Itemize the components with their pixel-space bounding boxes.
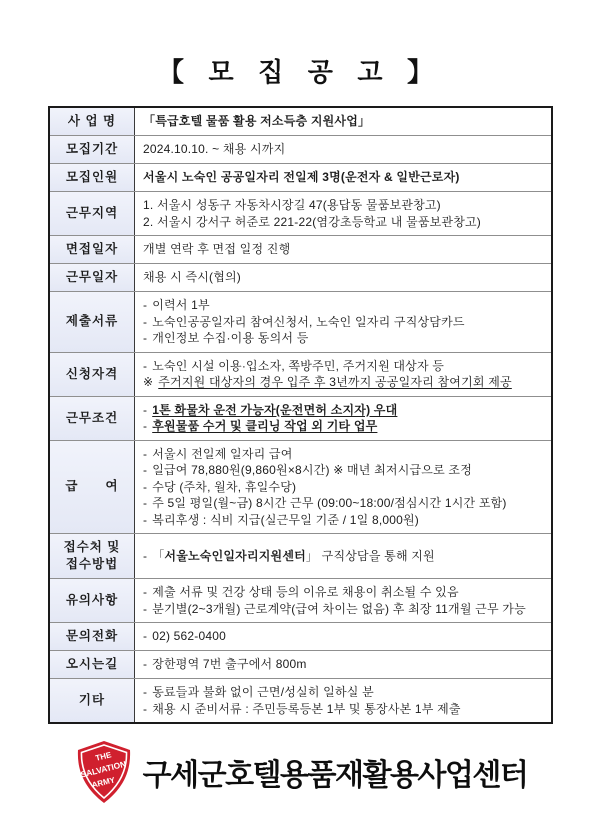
text-segment: 장한평역 7번 출구에서 800m — [152, 657, 306, 671]
list-marker: - — [143, 656, 147, 673]
row-content: 「특급호텔 물품 활용 저소득층 지원사업」 — [135, 108, 551, 135]
content-line: 서울시 노숙인 공공일자리 전일제 3명(운전자 & 일반근로자) — [143, 169, 543, 186]
salvation-army-shield-icon: THE SALVATION ARMY — [73, 739, 135, 805]
row-label: 급 여 — [50, 441, 135, 534]
row-content: -이력서 1부-노숙인공공일자리 참여신청서, 노숙인 일자리 구직상담카드-개… — [135, 292, 551, 352]
text-segment: 1톤 화물차 운전 가능자(운전면허 소지자) 우대 — [152, 403, 397, 417]
content-line: -분기별(2~3개월) 근로계약(급여 차이는 없음) 후 최장 11개월 근무… — [143, 601, 543, 618]
table-row: 근무조건-1톤 화물차 운전 가능자(운전면허 소지자) 우대-후원물품 수거 … — [50, 397, 551, 441]
text-segment: 채용 시 즉시(협의) — [143, 270, 241, 284]
text-segment: 주 5일 평일(월~금) 8시간 근무 (09:00~18:00/점심시간 1시… — [152, 496, 506, 510]
text-segment: 2. 서울시 강서구 허준로 221-22(염강초등학교 내 물품보관창고) — [143, 215, 481, 229]
list-marker: - — [143, 548, 147, 565]
row-content: -제출 서류 및 건강 상태 등의 이유로 채용이 취소될 수 있음-분기별(2… — [135, 579, 551, 622]
content-line: ※주거지원 대상자의 경우 입주 후 3년까지 공공일자리 참여기회 제공 — [143, 374, 543, 391]
list-marker: - — [143, 684, 147, 701]
content-line: 2. 서울시 강서구 허준로 221-22(염강초등학교 내 물품보관창고) — [143, 214, 543, 231]
content-line: 1. 서울시 성동구 자동차시장길 47(용답동 물품보관창고) — [143, 197, 543, 214]
row-label: 근무일자 — [50, 264, 135, 291]
content-line: -수당 (주차, 월차, 휴일수당) — [143, 479, 543, 496]
list-marker: - — [143, 628, 147, 645]
list-marker: - — [143, 495, 147, 512]
list-marker: - — [143, 512, 147, 529]
text-segment: 제출 서류 및 건강 상태 등의 이유로 채용이 취소될 수 있음 — [152, 585, 459, 599]
row-label: 모집기간 — [50, 136, 135, 163]
list-marker: - — [143, 330, 147, 347]
list-marker: - — [143, 584, 147, 601]
text-segment: 「특급호텔 물품 활용 저소득층 지원사업」 — [143, 114, 370, 128]
table-row: 사 업 명「특급호텔 물품 활용 저소득층 지원사업」 — [50, 108, 551, 136]
content-line: -서울시 전일제 일자리 급여 — [143, 446, 543, 463]
org-name: 구세군호텔용품재활용사업센터 — [143, 750, 528, 794]
row-label: 기타 — [50, 679, 135, 722]
content-line: -일급여 78,880원(9,860원×8시간) ※ 매년 최저시급으로 조정 — [143, 462, 543, 479]
content-line: -채용 시 준비서류 : 주민등록등본 1부 및 통장사본 1부 제출 — [143, 701, 543, 718]
row-label: 접수처 및접수방법 — [50, 534, 135, 578]
content-line: -노숙인공공일자리 참여신청서, 노숙인 일자리 구직상담카드 — [143, 314, 543, 331]
row-label: 모집인원 — [50, 164, 135, 191]
row-label: 문의전화 — [50, 623, 135, 650]
list-marker: - — [143, 418, 147, 435]
content-line: 2024.10.10. ~ 채용 시까지 — [143, 141, 543, 158]
text-segment: 이력서 1부 — [152, 298, 210, 312]
row-content: -1톤 화물차 운전 가능자(운전면허 소지자) 우대-후원물품 수거 및 클리… — [135, 397, 551, 440]
table-row: 오시는길-장한평역 7번 출구에서 800m — [50, 651, 551, 679]
footer-logo: THE SALVATION ARMY 구세군호텔용품재활용사업센터 — [0, 736, 600, 808]
page-title: 【 모 집 공 고 】 — [0, 52, 600, 89]
text-segment: 서울시 노숙인 공공일자리 전일제 3명(운전자 & 일반근로자) — [143, 170, 460, 184]
text-segment: 일급여 78,880원(9,860원×8시간) ※ 매년 최저시급으로 조정 — [152, 463, 472, 477]
row-content: 채용 시 즉시(협의) — [135, 264, 551, 291]
row-label: 오시는길 — [50, 651, 135, 678]
text-segment: 수당 (주차, 월차, 휴일수당) — [152, 480, 296, 494]
table-row: 문의전화-02) 562-0400 — [50, 623, 551, 651]
list-marker: - — [143, 358, 147, 375]
list-marker: - — [143, 297, 147, 314]
notice-table: 사 업 명「특급호텔 물품 활용 저소득층 지원사업」모집기간2024.10.1… — [48, 106, 553, 724]
table-row: 모집인원서울시 노숙인 공공일자리 전일제 3명(운전자 & 일반근로자) — [50, 164, 551, 192]
content-line: -복리후생 : 식비 지급(실근무일 기준 / 1일 8,000원) — [143, 512, 543, 529]
row-label: 면접일자 — [50, 236, 135, 263]
table-row: 급 여-서울시 전일제 일자리 급여-일급여 78,880원(9,860원×8시… — [50, 441, 551, 535]
content-line: 개별 연락 후 면접 일정 진행 — [143, 241, 543, 258]
notice-page: 【 모 집 공 고 】 사 업 명「특급호텔 물품 활용 저소득층 지원사업」모… — [0, 0, 600, 814]
table-row: 면접일자개별 연락 후 면접 일정 진행 — [50, 236, 551, 264]
list-marker: ※ — [143, 374, 153, 391]
row-content: 개별 연락 후 면접 일정 진행 — [135, 236, 551, 263]
table-row: 제출서류-이력서 1부-노숙인공공일자리 참여신청서, 노숙인 일자리 구직상담… — [50, 292, 551, 353]
table-row: 접수처 및접수방법-「서울노숙인일자리지원센터」 구직상담을 통해 지원 — [50, 534, 551, 579]
list-marker: - — [143, 601, 147, 618]
content-line: -장한평역 7번 출구에서 800m — [143, 656, 543, 673]
content-line: 「특급호텔 물품 활용 저소득층 지원사업」 — [143, 113, 543, 130]
row-content: -장한평역 7번 출구에서 800m — [135, 651, 551, 678]
list-marker: - — [143, 462, 147, 479]
list-marker: - — [143, 314, 147, 331]
text-segment: 」 구직상담을 통해 지원 — [306, 549, 435, 563]
row-content: 2024.10.10. ~ 채용 시까지 — [135, 136, 551, 163]
row-label: 신청자격 — [50, 353, 135, 396]
list-marker: - — [143, 701, 147, 718]
list-marker: - — [143, 479, 147, 496]
table-row: 근무일자채용 시 즉시(협의) — [50, 264, 551, 292]
row-content: -동료들과 불화 없이 근면/성실히 일하실 분-채용 시 준비서류 : 주민등… — [135, 679, 551, 722]
row-content: -노숙인 시설 이용·입소자, 쪽방주민, 주거지원 대상자 등※주거지원 대상… — [135, 353, 551, 396]
row-content: 1. 서울시 성동구 자동차시장길 47(용답동 물품보관창고)2. 서울시 강… — [135, 192, 551, 235]
text-segment: 서울노숙인일자리지원센터 — [164, 549, 306, 563]
content-line: -제출 서류 및 건강 상태 등의 이유로 채용이 취소될 수 있음 — [143, 584, 543, 601]
row-label: 근무지역 — [50, 192, 135, 235]
content-line: -이력서 1부 — [143, 297, 543, 314]
text-segment: 채용 시 준비서류 : 주민등록등본 1부 및 통장사본 1부 제출 — [152, 702, 461, 716]
list-marker: - — [143, 402, 147, 419]
text-segment: 후원물품 수거 및 클리닝 작업 외 기타 업무 — [152, 419, 377, 433]
content-line: -노숙인 시설 이용·입소자, 쪽방주민, 주거지원 대상자 등 — [143, 358, 543, 375]
table-row: 유의사항-제출 서류 및 건강 상태 등의 이유로 채용이 취소될 수 있음-분… — [50, 579, 551, 623]
text-segment: 분기별(2~3개월) 근로계약(급여 차이는 없음) 후 최장 11개월 근무 … — [152, 602, 526, 616]
table-row: 기타-동료들과 불화 없이 근면/성실히 일하실 분-채용 시 준비서류 : 주… — [50, 679, 551, 722]
text-segment: 주거지원 대상자의 경우 입주 후 3년까지 공공일자리 참여기회 제공 — [158, 375, 512, 389]
text-segment: 노숙인 시설 이용·입소자, 쪽방주민, 주거지원 대상자 등 — [152, 359, 444, 373]
content-line: -후원물품 수거 및 클리닝 작업 외 기타 업무 — [143, 418, 543, 435]
text-segment: 「 — [152, 549, 164, 563]
content-line: -1톤 화물차 운전 가능자(운전면허 소지자) 우대 — [143, 402, 543, 419]
content-line: 채용 시 즉시(협의) — [143, 269, 543, 286]
text-segment: 노숙인공공일자리 참여신청서, 노숙인 일자리 구직상담카드 — [152, 315, 464, 329]
text-segment: 1. 서울시 성동구 자동차시장길 47(용답동 물품보관창고) — [143, 198, 441, 212]
text-segment: 동료들과 불화 없이 근면/성실히 일하실 분 — [152, 685, 374, 699]
content-line: -02) 562-0400 — [143, 628, 543, 645]
table-row: 모집기간2024.10.10. ~ 채용 시까지 — [50, 136, 551, 164]
text-segment: 복리후생 : 식비 지급(실근무일 기준 / 1일 8,000원) — [152, 513, 419, 527]
row-content: -02) 562-0400 — [135, 623, 551, 650]
row-label: 근무조건 — [50, 397, 135, 440]
content-line: -「서울노숙인일자리지원센터」 구직상담을 통해 지원 — [143, 548, 543, 565]
row-label: 사 업 명 — [50, 108, 135, 135]
row-content: -서울시 전일제 일자리 급여-일급여 78,880원(9,860원×8시간) … — [135, 441, 551, 534]
text-segment: 2024.10.10. ~ 채용 시까지 — [143, 142, 285, 156]
text-segment: 개별 연락 후 면접 일정 진행 — [143, 242, 290, 256]
content-line: -개인정보 수집·이용 동의서 등 — [143, 330, 543, 347]
text-segment: 서울시 전일제 일자리 급여 — [152, 447, 292, 461]
row-label: 유의사항 — [50, 579, 135, 622]
row-content: -「서울노숙인일자리지원센터」 구직상담을 통해 지원 — [135, 534, 551, 578]
content-line: -동료들과 불화 없이 근면/성실히 일하실 분 — [143, 684, 543, 701]
content-line: -주 5일 평일(월~금) 8시간 근무 (09:00~18:00/점심시간 1… — [143, 495, 543, 512]
list-marker: - — [143, 446, 147, 463]
table-row: 근무지역1. 서울시 성동구 자동차시장길 47(용답동 물품보관창고)2. 서… — [50, 192, 551, 236]
text-segment: 02) 562-0400 — [152, 629, 226, 643]
table-row: 신청자격-노숙인 시설 이용·입소자, 쪽방주민, 주거지원 대상자 등※주거지… — [50, 353, 551, 397]
row-content: 서울시 노숙인 공공일자리 전일제 3명(운전자 & 일반근로자) — [135, 164, 551, 191]
text-segment: 개인정보 수집·이용 동의서 등 — [152, 331, 308, 345]
row-label: 제출서류 — [50, 292, 135, 352]
